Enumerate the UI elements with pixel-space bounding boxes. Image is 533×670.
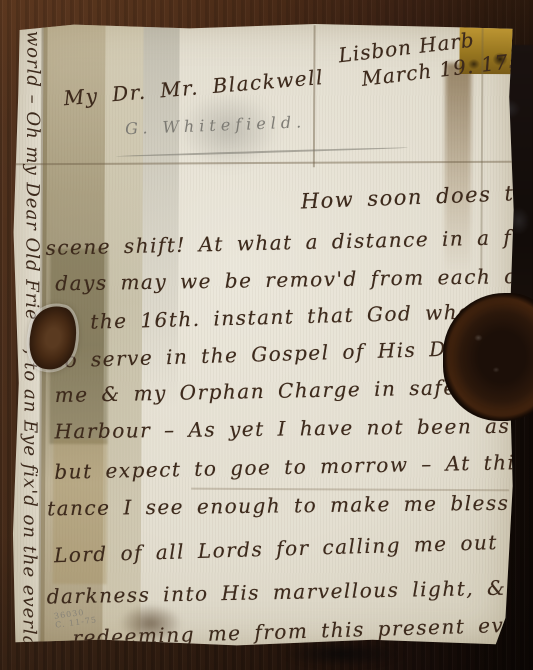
letter-page: Lisbon Harb March 19. 1754 My Dr. Mr. Bl… xyxy=(10,19,516,650)
margin-cross-writing: , to an Eye fix'd on the everlast xyxy=(17,349,41,666)
margin-cross-writing: world – Oh my Dear Old Frie xyxy=(20,31,44,321)
letter-line: tance I see enough to make me bless the xyxy=(47,490,533,520)
letter-line: How soon does the xyxy=(300,180,533,213)
charred-fragment xyxy=(268,638,418,670)
photo-of-letter: Lisbon Harb March 19. 1754 My Dr. Mr. Bl… xyxy=(0,0,533,670)
letter-line: Harbour – As yet I have not been ashore xyxy=(54,413,533,443)
fold-crease xyxy=(313,25,315,167)
dateline: Lisbon Harb March 19. 1754 xyxy=(337,20,533,94)
